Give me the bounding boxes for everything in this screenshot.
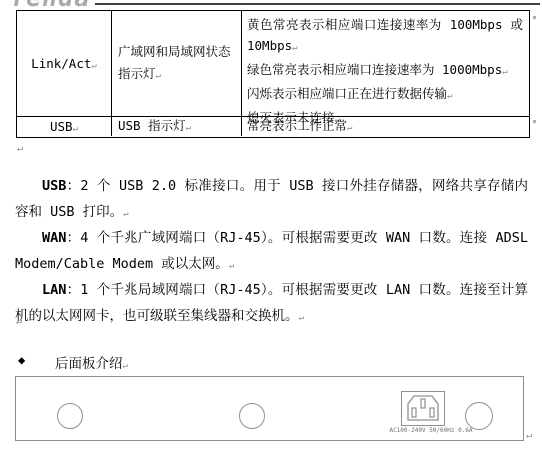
power-rating-label: AC100-240V 50/60Hz 0.6A [387, 427, 475, 434]
paragraph-label: WAN [42, 230, 66, 246]
paragraph-label: LAN [42, 282, 66, 298]
paragraph-mark: ↵ [91, 61, 96, 71]
screw-hole-circle [465, 402, 493, 430]
screw-hole-circle [57, 403, 83, 429]
led-name: USB [50, 119, 73, 134]
led-spec-table: Link/Act↵ 广域网和局域网状态指示灯↵ 黄色常亮表示相应端口连接速率为 … [16, 10, 530, 138]
header-rule [95, 3, 540, 5]
led-desc: 广域网和局域网状态指示灯 [118, 44, 231, 81]
paragraph-mark: ↵ [347, 123, 352, 133]
paragraph-lan: LAN：1 个千兆局域网端口（RJ-45）。可根据需要更改 LAN 口数。连接至… [15, 277, 528, 331]
paragraph-label: USB [42, 178, 66, 194]
paragraph-text: ：4 个千兆广域网端口（RJ-45）。可根据需要更改 WAN 口数。连接 ADS… [15, 230, 528, 272]
paragraph-mark: ↵ [73, 124, 78, 134]
section-title: 后面板介绍↵ [55, 352, 128, 372]
section-heading-rear-panel: ◆ 后面板介绍↵ [18, 352, 25, 368]
paragraph-mark: ↵ [292, 43, 297, 53]
paragraph-mark: ↵ [123, 361, 128, 371]
rear-panel-figure: AC100-240V 50/60Hz 0.6A [15, 376, 524, 441]
status-line: 黄色常亮表示相应端口连接速率为 100Mbps 或 [247, 14, 527, 35]
document-page: Tenda Link/Act↵ 广域网和局域网状态指示灯↵ 黄色常亮表示相应端口… [0, 0, 542, 452]
paragraph-mark: ↵ [17, 143, 23, 154]
led-desc: USB 指示灯 [118, 118, 186, 133]
table-cell-led-name: Link/Act↵ [17, 11, 112, 116]
row-end-mark [533, 120, 536, 123]
diamond-bullet-icon: ◆ [18, 353, 25, 367]
paragraph-mark: ↵ [299, 313, 304, 323]
paragraph-mark: ↵ [123, 209, 128, 219]
row-end-mark [533, 16, 536, 19]
table-row: USB↵ USB 指示灯↵ 常亮表示工作正常↵ [17, 117, 529, 136]
table-cell-led-status: 常亮表示工作正常↵ [242, 117, 529, 136]
power-socket-icon [401, 391, 445, 426]
table-cell-led-status: 黄色常亮表示相应端口连接速率为 100Mbps 或 10Mbps↵ 绿色常亮表示… [242, 11, 529, 116]
paragraph-mark: ↵ [16, 316, 22, 327]
table-cell-led-name: USB↵ [17, 117, 112, 136]
tenda-logo-text: Tenda [10, 0, 90, 9]
table-cell-led-desc: USB 指示灯↵ [112, 117, 242, 136]
led-name: Link/Act [31, 56, 91, 71]
paragraph-mark: ↵ [447, 91, 452, 101]
paragraph-wan: WAN：4 个千兆广域网端口（RJ-45）。可根据需要更改 WAN 口数。连接 … [15, 225, 528, 279]
paragraph-usb: USB：2 个 USB 2.0 标准接口。用于 USB 接口外挂存储器，网络共享… [15, 173, 528, 227]
paragraph-text: ：1 个千兆局域网端口（RJ-45）。可根据需要更改 LAN 口数。连接至计算机… [15, 282, 528, 324]
table-cell-led-desc: 广域网和局域网状态指示灯↵ [112, 11, 242, 116]
status-line: 绿色常亮表示相应端口连接速率为 1000Mbps↵ [247, 59, 527, 83]
status-line: 闪烁表示相应端口正在进行数据传输↵ [247, 83, 527, 107]
paragraph-text: ：2 个 USB 2.0 标准接口。用于 USB 接口外挂存储器，网络共享存储内… [15, 178, 528, 220]
paragraph-mark: ↵ [186, 123, 191, 133]
tenda-logo: Tenda [8, 0, 96, 9]
status-line: 10Mbps↵ [247, 35, 527, 59]
table-row: Link/Act↵ 广域网和局域网状态指示灯↵ 黄色常亮表示相应端口连接速率为 … [17, 11, 529, 117]
paragraph-mark: ↵ [526, 430, 532, 441]
paragraph-mark: ↵ [156, 71, 161, 81]
status-line: 常亮表示工作正常↵ [247, 117, 527, 137]
screw-hole-circle [239, 403, 265, 429]
paragraph-mark: ↵ [229, 261, 234, 271]
paragraph-mark: ↵ [502, 67, 507, 77]
